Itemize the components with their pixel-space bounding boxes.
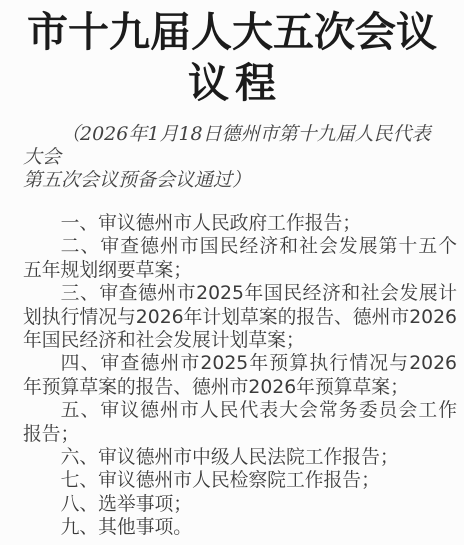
agenda-line: 二、审查德州市国民经济和社会发展第十五个 [23,235,457,258]
newspaper-clipping: 市十九届人大五次会议 议程 （2026年1月18日德州市第十九届人民代表大会 第… [0,0,464,545]
agenda-line: 七、审议德州市人民检察院工作报告； [23,469,457,492]
title-line-2: 议程 [0,58,464,109]
subtitle: （2026年1月18日德州市第十九届人民代表大会 第五次会议预备会议通过） [23,123,444,192]
agenda-line: 三、审查德州市2025年国民经济和社会发展计 [23,282,457,305]
agenda-line: 五、审议德州市人民代表大会常务委员会工作 [23,399,457,422]
agenda-line: 年预算草案的报告、德州市2026年预算草案； [23,376,457,399]
agenda-line: 年国民经济和社会发展计划草案； [23,329,457,352]
agenda-line: 划执行情况与2026年计划草案的报告、德州市2026 [23,306,457,329]
agenda-line: 八、选举事项； [23,493,457,516]
agenda-list: 一、审议德州市人民政府工作报告； 二、审查德州市国民经济和社会发展第十五个 五年… [23,212,457,540]
subtitle-line-1: （2026年1月18日德州市第十九届人民代表大会 [23,123,444,169]
title-line-1: 市十九届人大五次会议 [0,7,464,58]
agenda-line: 九、其他事项。 [23,516,457,539]
agenda-line: 五年规划纲要草案； [23,259,457,282]
subtitle-line-2: 第五次会议预备会议通过） [23,169,444,192]
agenda-line: 六、审议德州市中级人民法院工作报告； [23,446,457,469]
agenda-line: 四、审查德州市2025年预算执行情况与2026 [23,352,457,375]
agenda-line: 一、审议德州市人民政府工作报告； [23,212,457,235]
agenda-line: 报告； [23,423,457,446]
page-title: 市十九届人大五次会议 议程 [0,7,464,109]
